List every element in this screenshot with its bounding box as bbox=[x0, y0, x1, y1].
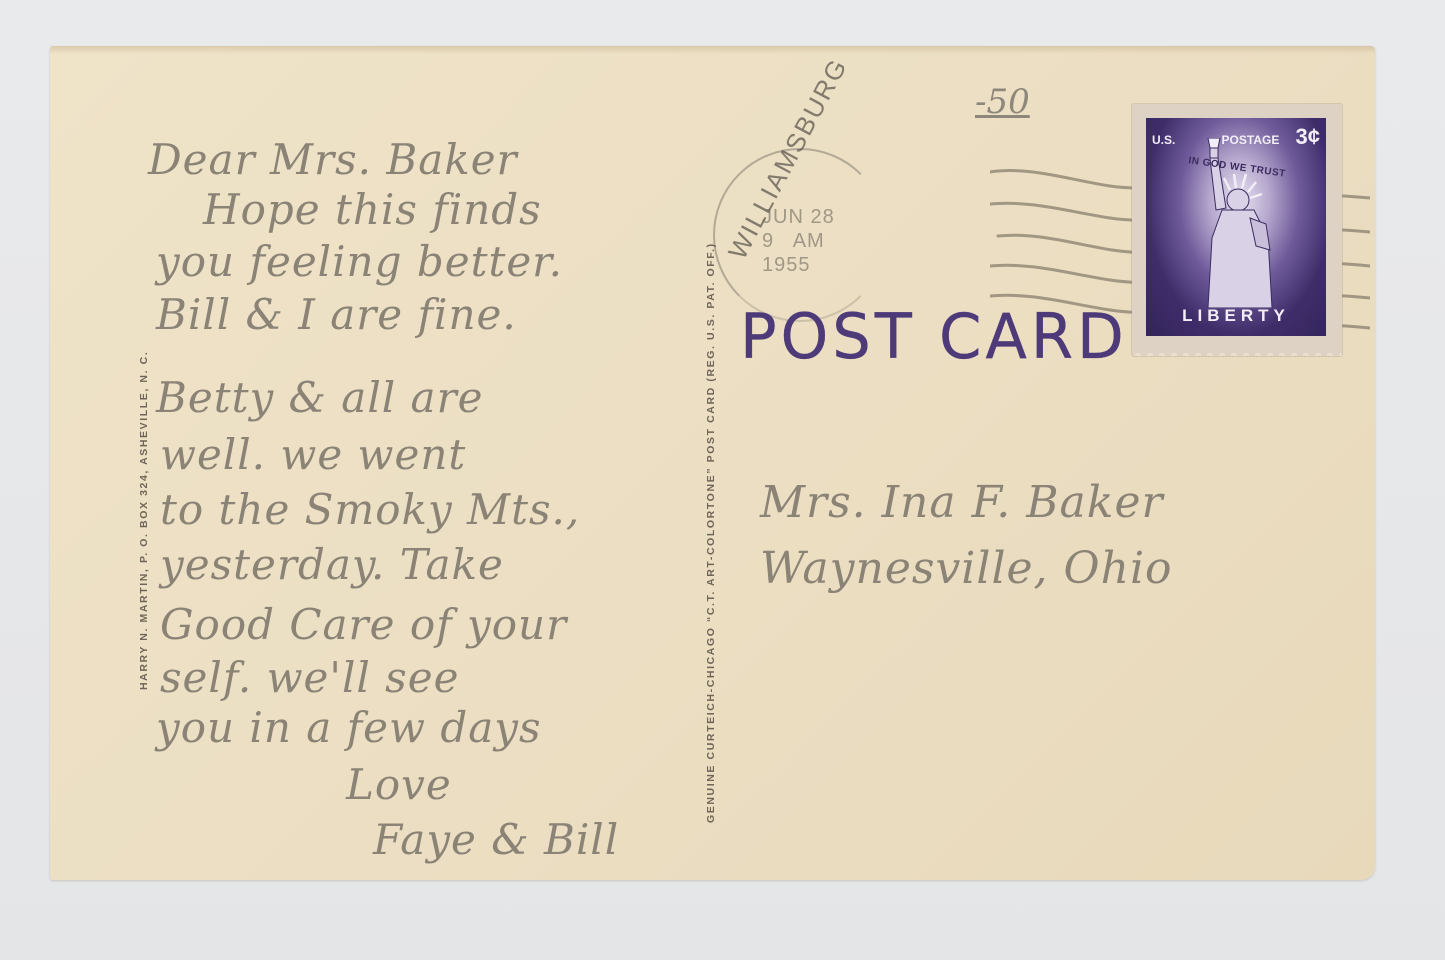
message-line: Hope this finds bbox=[203, 185, 542, 234]
postmark-date: JUN 28 9 AM 1955 bbox=[762, 205, 835, 277]
postmark-time: 9 AM bbox=[762, 229, 835, 253]
message-signature: Faye & Bill bbox=[373, 815, 619, 864]
price-mark: -50 bbox=[975, 82, 1030, 122]
publisher-imprint: HARRY N. MARTIN, P. O. BOX 324, ASHEVILL… bbox=[138, 351, 150, 690]
postage-stamp: U.S. POSTAGE 3¢ IN GOD WE TRUST LIBERTY bbox=[1132, 104, 1342, 356]
postmark-month-day: JUN 28 bbox=[762, 205, 835, 229]
message-line: you feeling better. bbox=[156, 237, 563, 286]
message-line: yesterday. Take bbox=[160, 540, 504, 589]
address-name: Mrs. Ina F. Baker bbox=[760, 470, 1173, 536]
stamp-design: U.S. POSTAGE 3¢ IN GOD WE TRUST LIBERTY bbox=[1146, 118, 1326, 336]
message-line: self. we'll see bbox=[160, 653, 459, 702]
message-line: Dear Mrs. Baker bbox=[148, 135, 518, 184]
photo-background: HARRY N. MARTIN, P. O. BOX 324, ASHEVILL… bbox=[0, 0, 1445, 960]
message-line: Bill & I are fine. bbox=[156, 290, 517, 339]
stamp-header: U.S. POSTAGE 3¢ bbox=[1146, 124, 1326, 150]
message-line: to the Smoky Mts., bbox=[160, 485, 580, 534]
message-signoff: Love bbox=[346, 760, 452, 809]
stamp-label: POSTAGE bbox=[1222, 133, 1280, 147]
stamp-value: 3¢ bbox=[1296, 124, 1320, 150]
message-line: Betty & all are bbox=[156, 373, 484, 422]
postmark-year: 1955 bbox=[762, 253, 835, 277]
stamp-country: U.S. bbox=[1152, 133, 1175, 147]
message-line: Good Care of your bbox=[160, 600, 567, 649]
message-line: well. we went bbox=[160, 430, 466, 479]
divider-imprint: GENUINE CURTEICH-CHICAGO “C.T. ART-COLOR… bbox=[705, 242, 717, 823]
address-city: Waynesville, Ohio bbox=[760, 536, 1173, 602]
message-line: you in a few days bbox=[156, 703, 542, 752]
post-card-heading: POST CARD bbox=[740, 300, 1128, 373]
stamp-caption: LIBERTY bbox=[1146, 306, 1326, 326]
recipient-address: Mrs. Ina F. Baker Waynesville, Ohio bbox=[760, 470, 1173, 602]
